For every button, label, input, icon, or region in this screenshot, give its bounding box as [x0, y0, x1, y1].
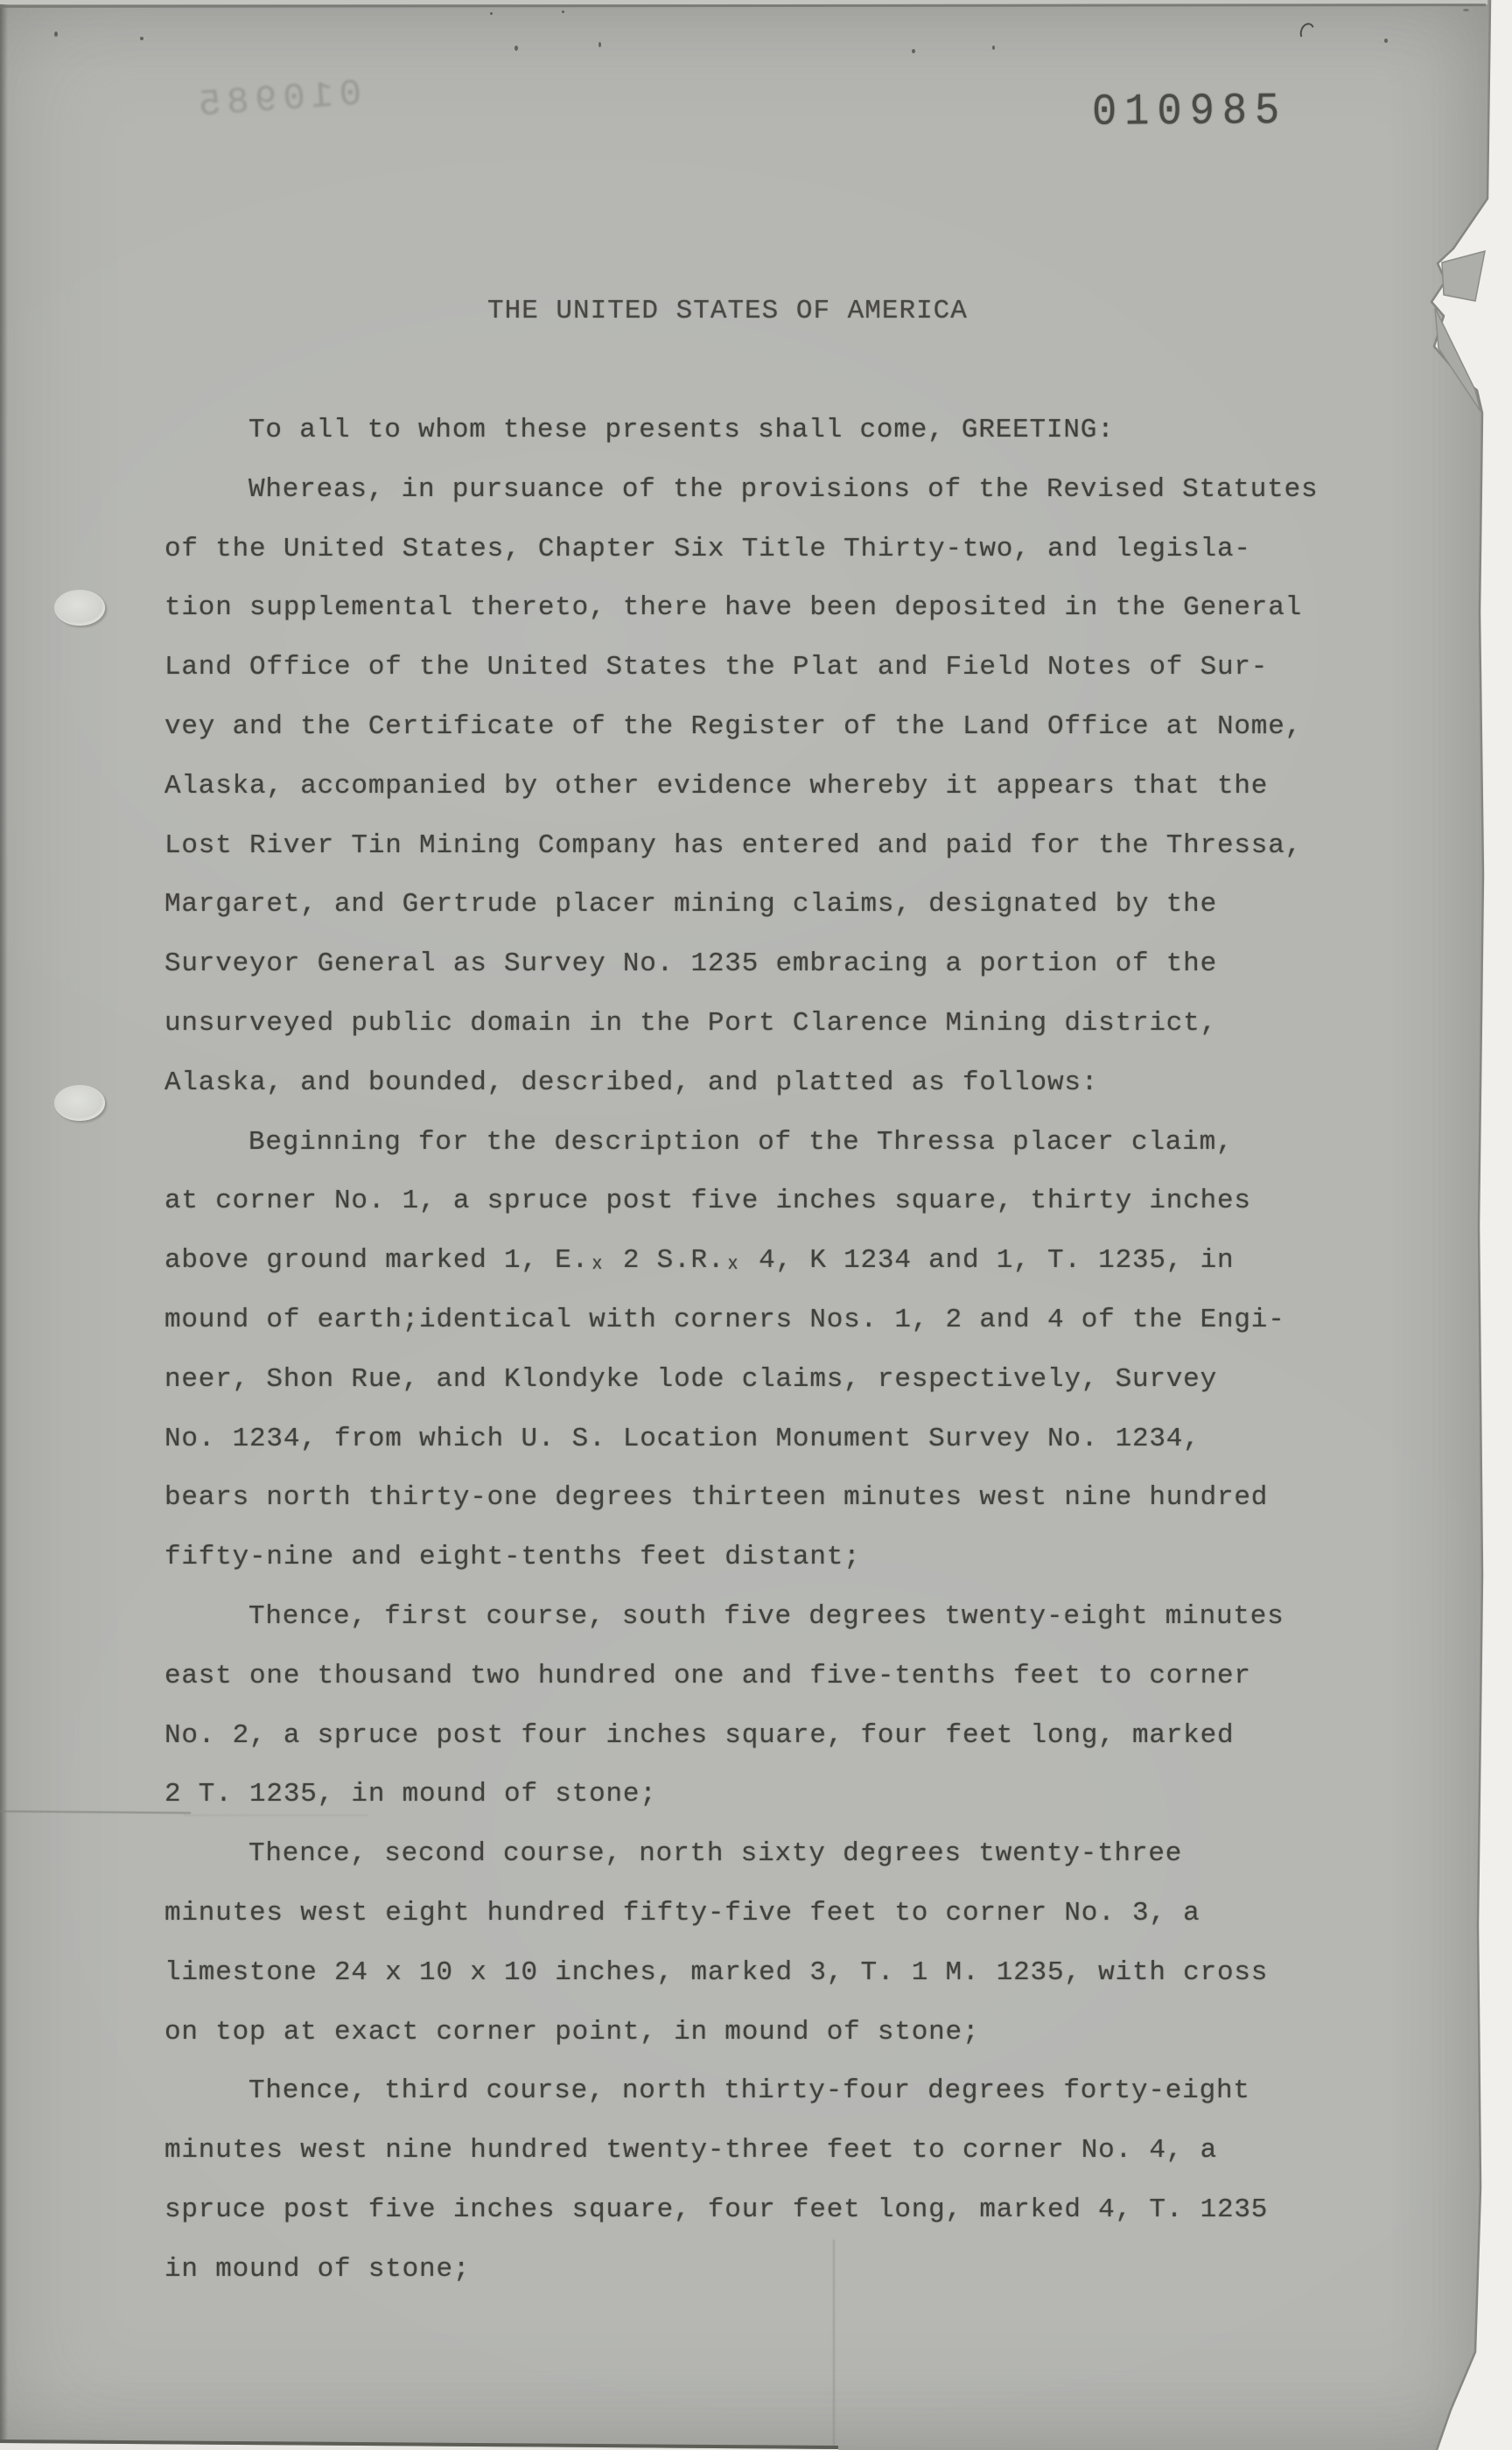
torn-edge-overlay	[0, 0, 1512, 2450]
paper-sheet: 010985 010985 THE UNITED STATES OF AMERI…	[0, 0, 1512, 2450]
scanned-document-page: { "colors": { "paper": "#b5b6b2", "ink":…	[0, 0, 1512, 2450]
right-scan-margin	[1431, 0, 1512, 2450]
